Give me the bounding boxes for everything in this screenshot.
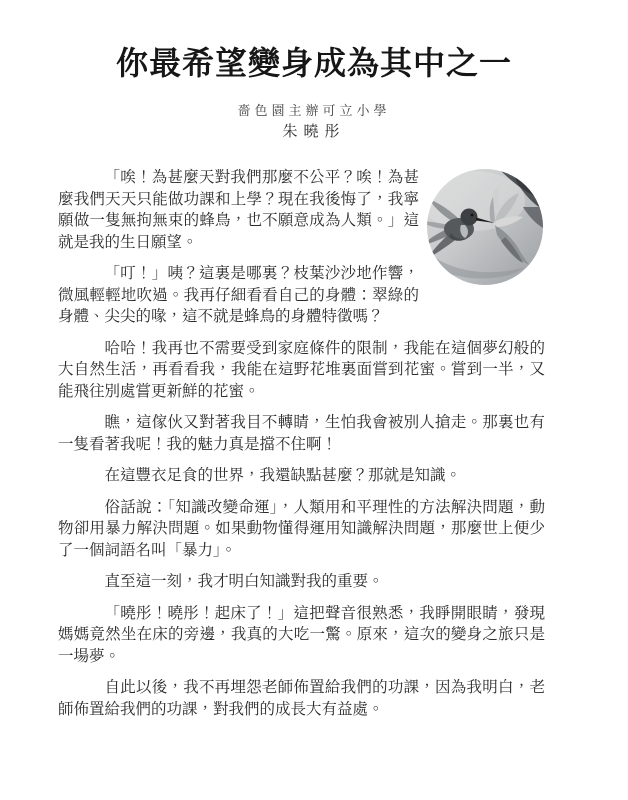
author-name: 朱曉彤 <box>0 123 628 142</box>
paragraph-4: 瞧，這傢伙又對著我目不轉睛，生怕我會被別人搶走。那裏也有一隻看著我呢！我的魅力真… <box>58 412 545 455</box>
paragraph-9: 自此以後，我不再埋怨老師佈置給我們的功課，因為我明白，老師佈置給我們的功課，對我… <box>58 677 545 720</box>
essay-body: 「唉！為甚麼天對我們那麼不公平？唉！為甚麼我們天天只能做功課和上學？現在我後悔了… <box>58 167 545 720</box>
paragraph-6: 俗話說：「知識改變命運」，人類用和平理性的方法解決問題，動物卻用暴力解決問題。如… <box>58 497 545 562</box>
paragraph-8: 「曉彤！曉彤！起床了！」這把聲音很熟悉，我睜開眼睛，發現媽媽竟然坐在床的旁邊，我… <box>58 603 545 668</box>
essay-header: 你最希望變身成為其中之一 嗇色園主辦可立小學 朱曉彤 <box>0 0 628 142</box>
paragraph-7: 直至這一刻，我才明白知識對我的重要。 <box>58 571 545 593</box>
hummingbird-photo <box>425 167 545 287</box>
page-title: 你最希望變身成為其中之一 <box>0 44 628 82</box>
school-name: 嗇色園主辦可立小學 <box>0 103 628 119</box>
paragraph-3: 哈哈！我再也不需要受到家庭條件的限制，我能在這個夢幻般的大自然生活，再看看我，我… <box>58 338 545 403</box>
hummingbird-photo-graphic <box>425 167 545 287</box>
paragraph-5: 在這豐衣足食的世界，我還缺點甚麼？那就是知識。 <box>58 465 545 487</box>
essay-page: 你最希望變身成為其中之一 嗇色園主辦可立小學 朱曉彤 <box>0 0 628 800</box>
